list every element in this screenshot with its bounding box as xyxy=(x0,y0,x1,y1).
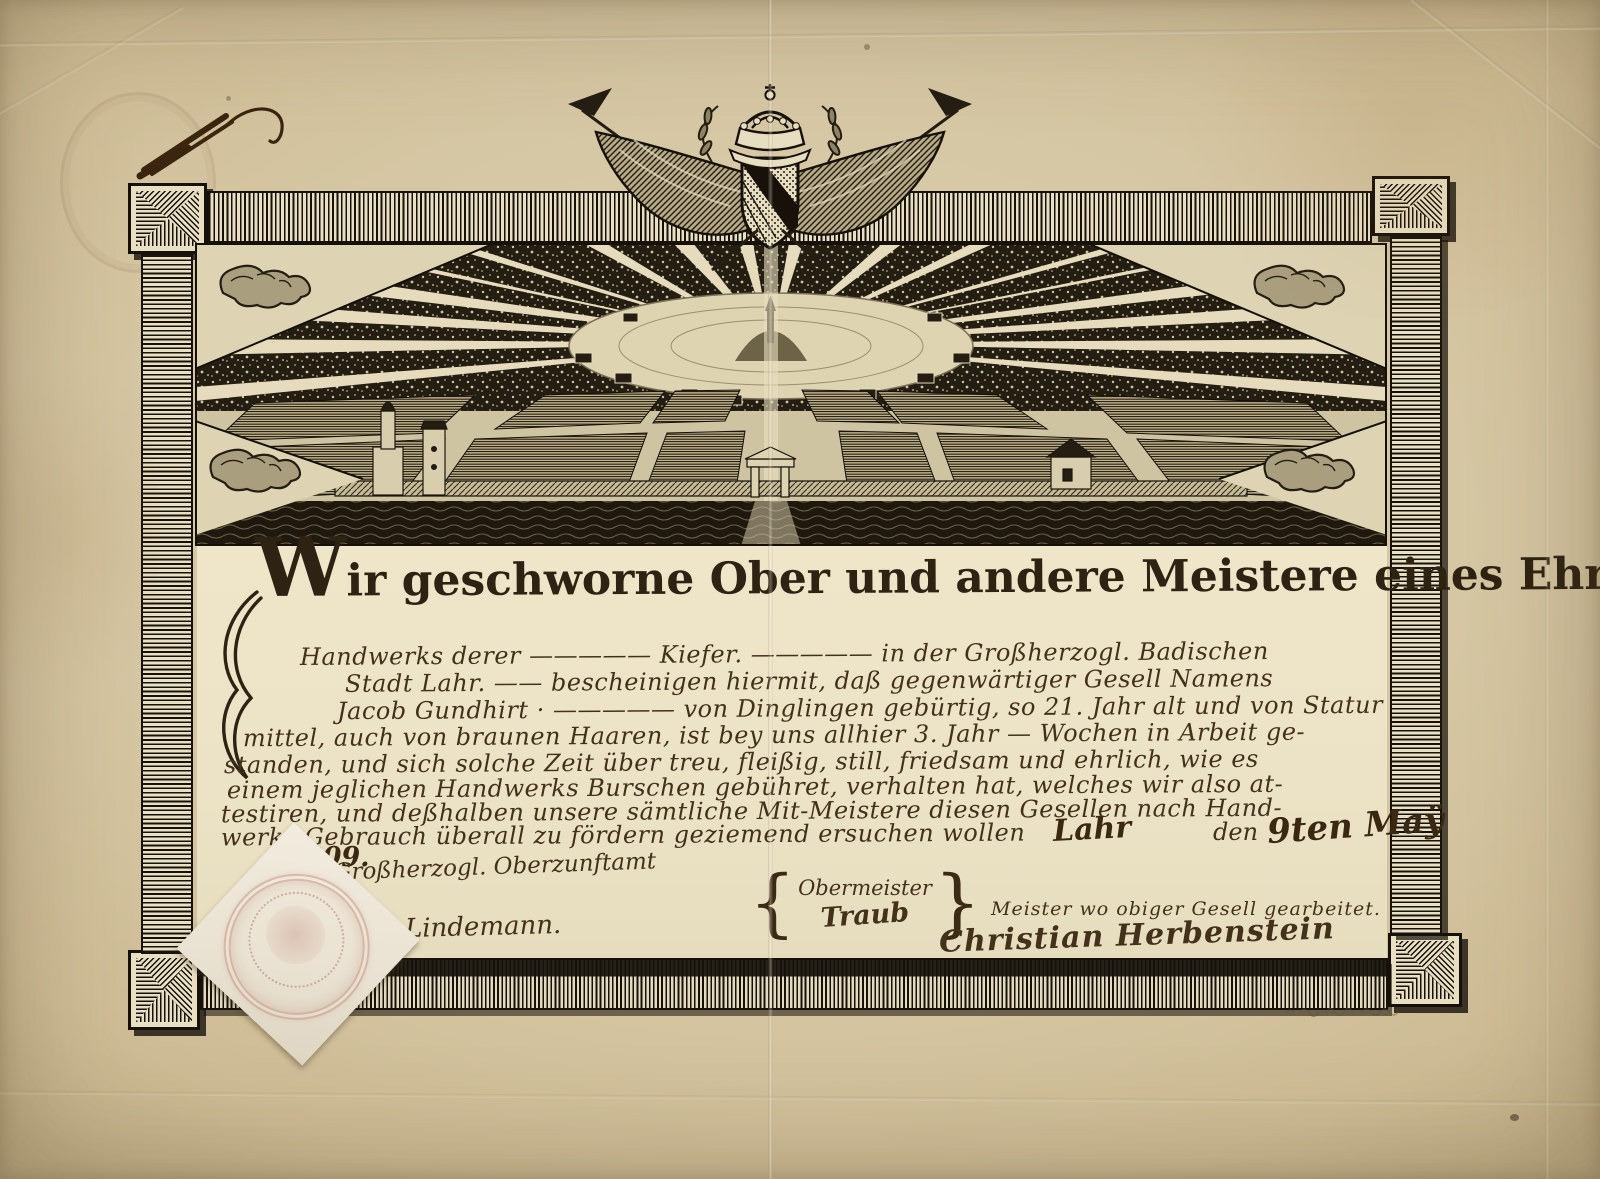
speck-1 xyxy=(1510,1114,1519,1121)
fold-crease-vertical xyxy=(768,0,773,1179)
crease-right-edge xyxy=(1545,0,1550,1179)
fold-crease-bottom xyxy=(0,1090,1600,1105)
frame-corner-bottom-left xyxy=(128,950,200,1030)
stain-left-edge xyxy=(0,320,160,740)
speck-2 xyxy=(864,44,870,50)
certificate-text-panel: Wir geschworne Ober und andere Meistere … xyxy=(197,546,1387,958)
engraver-inscription xyxy=(1282,1000,1422,1022)
signature-office-left: Großherzogl. Oberzunftamt xyxy=(333,848,657,885)
panorama-engraving xyxy=(195,243,1387,546)
flag-right xyxy=(784,132,944,235)
ink-flourish xyxy=(128,92,298,187)
frame-corner-top-right xyxy=(1372,176,1450,236)
dateline-den: den xyxy=(1213,818,1258,846)
dateline-place: Lahr xyxy=(1052,810,1132,849)
flag-left xyxy=(596,132,756,235)
frame-corner-bottom-right xyxy=(1388,933,1462,1007)
frame-bar-left xyxy=(141,254,193,954)
aged-paper-certificate: Wir geschworne Ober und andere Meistere … xyxy=(0,0,1600,1179)
fold-crease-top xyxy=(0,26,1600,47)
signature-name-center: Traub xyxy=(797,895,933,935)
certificate-heading: Wir geschworne Ober und andere Meistere … xyxy=(255,548,1600,607)
signature-name-left: Lindemann. xyxy=(405,910,562,944)
